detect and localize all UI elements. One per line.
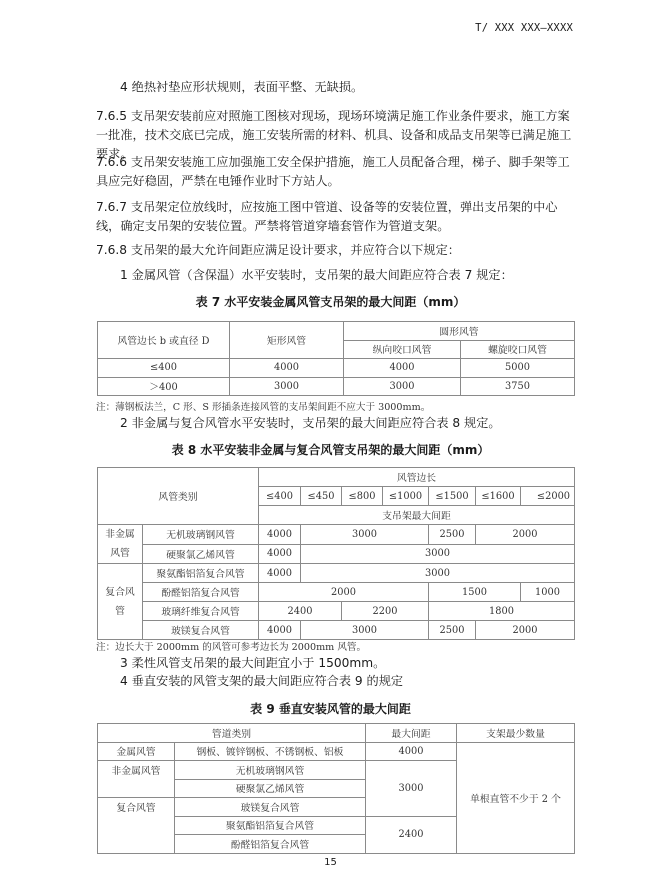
t8-row-name: 聚氨酯铝箔复合风管	[143, 564, 259, 583]
table-row: 硬聚氯乙烯风管 4000 3000	[98, 544, 575, 564]
t7-header-size: 风管边长 b 或直径 D	[98, 322, 230, 359]
t9-row-name: 无机玻璃钢风管	[175, 761, 366, 780]
table-row: 复合风管 聚氨酯铝箔复合风管 4000 3000	[98, 564, 575, 583]
t8-header-edge: 风管边长	[259, 468, 575, 487]
t8-cell: 4000	[259, 621, 301, 640]
t7-cell: 5000	[461, 359, 575, 378]
paragraph-7-6-6: 7.6.6 支吊架安装施工应加强施工安全保护措施，施工人员配备合理，梯子、脚手架…	[96, 153, 581, 191]
t9-row-name: 玻镁复合风管	[175, 798, 366, 817]
paragraph-item2: 2 非金属与复合风管水平安装时，支吊架的最大间距应符合表 8 规定。	[120, 414, 501, 433]
paragraph-item4: 4 垂直安装的风管支架的最大间距应符合表 9 的规定	[120, 672, 403, 691]
t8-cell: 2500	[429, 525, 476, 545]
t8-size: ≤1600	[476, 487, 521, 506]
t8-row-name: 玻镁复合风管	[143, 621, 259, 640]
table7-caption: 表 7 水平安装金属风管支吊架的最大间距（mm）	[0, 293, 661, 310]
t8-row-name: 酚醛铝箔复合风管	[143, 583, 259, 602]
t8-size: ≤400	[259, 487, 301, 506]
t9-group-composite: 复合风管	[98, 798, 175, 854]
t7-header-longitudinal: 纵向咬口风管	[344, 340, 461, 359]
t8-cell: 2500	[429, 621, 476, 640]
t8-cell: 2200	[342, 602, 429, 621]
table-row: 金属风管 钢板、镀锌钢板、不锈钢板、铝板 4000 单根直管不少于 2 个	[98, 742, 575, 761]
t8-size: ≤800	[342, 487, 383, 506]
table-row: 非金属风管 无机玻璃钢风管 4000 3000 2500 2000	[98, 525, 575, 545]
t8-header-max-spacing: 支吊架最大间距	[259, 506, 575, 525]
table-row: ＞400 3000 3000 3750	[98, 377, 575, 396]
t9-spacing: 4000	[366, 742, 457, 761]
t8-cell: 3000	[301, 621, 429, 640]
t8-cell: 2400	[259, 602, 342, 621]
t9-group-nonmetal: 非金属风管	[98, 761, 175, 798]
t9-header-category: 管道类别	[98, 724, 366, 743]
t9-header-min-supports: 支架最少数量	[457, 724, 575, 743]
table-row: 玻镁复合风管 4000 3000 2500 2000	[98, 621, 575, 640]
document-code: T/ XXX XXX—XXXX	[475, 22, 573, 34]
t9-group-metal: 金属风管	[98, 742, 175, 761]
t9-row-name: 硬聚氯乙烯风管	[175, 779, 366, 798]
t7-header-round: 圆形风管	[344, 322, 575, 341]
table9: 管道类别 最大间距 支架最少数量 金属风管 钢板、镀锌钢板、不锈钢板、铝板 40…	[97, 723, 575, 854]
table-row: 玻璃纤维复合风管 2400 2200 1800	[98, 602, 575, 621]
t8-size: ≤450	[301, 487, 342, 506]
t8-cell: 2000	[476, 525, 575, 545]
table8-note: 注：边长大于 2000mm 的风管可参考边长为 2000mm 风管。	[96, 639, 366, 653]
paragraph-item3: 3 柔性风管支吊架的最大间距宜小于 1500mm。	[120, 654, 385, 673]
t9-row-name: 钢板、镀锌钢板、不锈钢板、铝板	[175, 742, 366, 761]
t7-cell: 4000	[230, 359, 344, 378]
t9-min-supports: 单根直管不少于 2 个	[457, 742, 575, 853]
t9-spacing: 2400	[366, 816, 457, 853]
t9-row-name: 酚醛铝箔复合风管	[175, 835, 366, 854]
t8-cell: 2000	[476, 621, 575, 640]
t8-row-name: 硬聚氯乙烯风管	[143, 544, 259, 564]
paragraph-item4-liner: 4 绝热衬垫应形状规则，表面平整、无缺损。	[120, 78, 363, 97]
t8-cell: 1000	[521, 583, 575, 602]
t8-row-name: 无机玻璃钢风管	[143, 525, 259, 545]
t7-cell: 4000	[344, 359, 461, 378]
t7-header-spiral: 螺旋咬口风管	[461, 340, 575, 359]
t7-cell: 3750	[461, 377, 575, 396]
t8-cell: 3000	[301, 564, 575, 583]
t8-row-name: 玻璃纤维复合风管	[143, 602, 259, 621]
t7-cell: ＞400	[98, 377, 230, 396]
table7-note: 注：薄钢板法兰，C 形、S 形插条连接风管的支吊架间距不应大于 3000mm。	[96, 399, 430, 413]
t8-group-composite: 复合风管	[98, 564, 143, 640]
t8-size: ≤1000	[383, 487, 429, 506]
page-number: 15	[0, 857, 661, 868]
t7-header-rect: 矩形风管	[230, 322, 344, 359]
table7: 风管边长 b 或直径 D 矩形风管 圆形风管 纵向咬口风管 螺旋咬口风管 ≤40…	[97, 321, 575, 396]
t7-cell: 3000	[230, 377, 344, 396]
t8-cell: 3000	[301, 544, 575, 564]
table-row: ≤400 4000 4000 5000	[98, 359, 575, 378]
t7-cell: ≤400	[98, 359, 230, 378]
t7-cell: 3000	[344, 377, 461, 396]
paragraph-7-6-8: 7.6.8 支吊架的最大允许间距应满足设计要求，并应符合以下规定：	[96, 241, 460, 260]
t9-header-max-spacing: 最大间距	[366, 724, 457, 743]
t8-size: ≤2000	[521, 487, 575, 506]
table9-caption: 表 9 垂直安装风管的最大间距	[0, 700, 661, 717]
table8-caption: 表 8 水平安装非金属与复合风管支吊架的最大间距（mm）	[0, 441, 661, 458]
t8-cell: 1500	[429, 583, 521, 602]
t9-spacing: 3000	[366, 761, 457, 817]
t8-cell: 4000	[259, 544, 301, 564]
table8: 风管类别 风管边长 ≤400 ≤450 ≤800 ≤1000 ≤1500 ≤16…	[97, 467, 575, 640]
t9-row-name: 聚氨酯铝箔复合风管	[175, 816, 366, 835]
t8-cell: 4000	[259, 564, 301, 583]
t8-cell: 2000	[259, 583, 429, 602]
t8-size: ≤1500	[429, 487, 476, 506]
t8-cell: 4000	[259, 525, 301, 545]
paragraph-7-6-7: 7.6.7 支吊架定位放线时，应按施工图中管道、设备等的安装位置，弹出支吊架的中…	[96, 198, 581, 236]
t8-header-category: 风管类别	[98, 468, 259, 525]
table-row: 酚醛铝箔复合风管 2000 1500 1000	[98, 583, 575, 602]
t8-group-nonmetal: 非金属风管	[98, 525, 143, 564]
t8-cell: 1800	[429, 602, 575, 621]
paragraph-item1: 1 金属风管（含保温）水平安装时，支吊架的最大间距应符合表 7 规定：	[120, 266, 513, 285]
t8-cell: 3000	[301, 525, 429, 545]
